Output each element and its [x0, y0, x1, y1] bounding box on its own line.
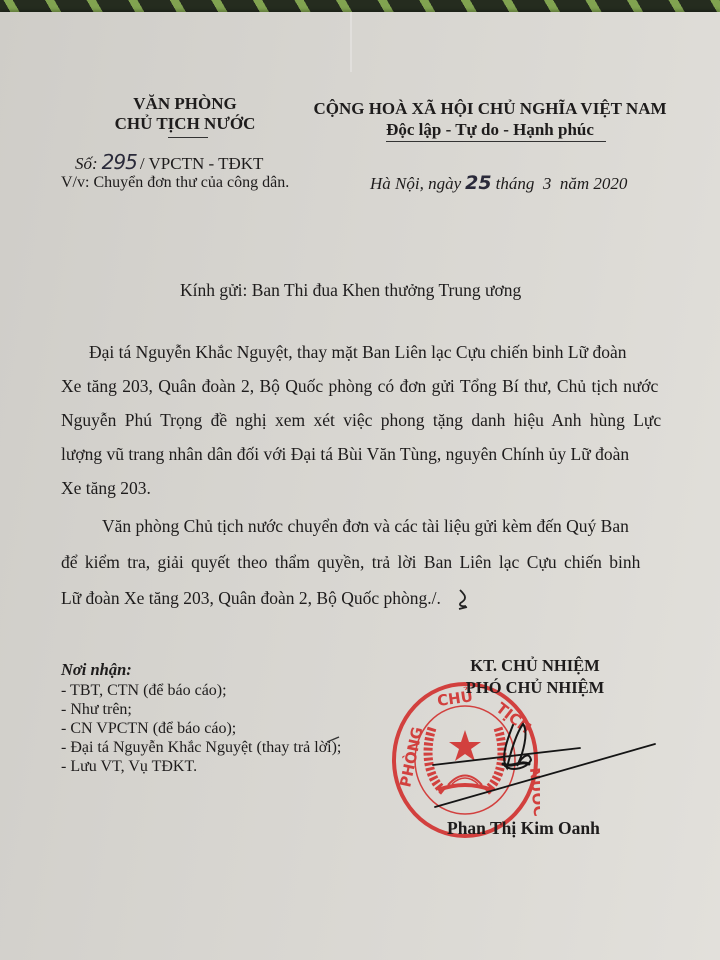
recipients-block: Nơi nhận: - TBT, CTN (để báo cáo); - Như…: [61, 660, 341, 776]
issuer-line1: VĂN PHÒNG: [90, 94, 280, 114]
signature-title-line1: KT. CHỦ NHIỆM: [420, 655, 650, 677]
signature-title-line2: PHÓ CHỦ NHIỆM: [420, 677, 650, 699]
addressee: Kính gửi: Ban Thi đua Khen thưởng Trung …: [180, 280, 521, 301]
signer-name: Phan Thị Kim Oanh: [447, 818, 600, 839]
body-p2-line3: Lữ đoàn Xe tăng 203, Quân đoàn 2, Bộ Quố…: [61, 588, 441, 609]
date-month: 3: [543, 174, 552, 193]
document-number-suffix: / VPCTN - TĐKT: [140, 154, 264, 173]
body-p1-line4: lượng vũ trang nhân dân đối với Đại tá B…: [61, 444, 629, 465]
date-day-handwritten: 25: [465, 172, 491, 194]
body-p1-line1: Đại tá Nguyễn Khắc Nguyệt, thay mặt Ban …: [89, 342, 627, 363]
recipient-item: - Lưu VT, Vụ TĐKT.: [61, 757, 341, 776]
subject-line: V/v: Chuyển đơn thư của công dân.: [61, 174, 289, 192]
body-p2-line1: Văn phòng Chủ tịch nước chuyển đơn và cá…: [102, 516, 629, 537]
date-month-label: tháng: [496, 174, 535, 193]
recipients-title: Nơi nhận:: [61, 660, 341, 679]
body-p1-line5: Xe tăng 203.: [61, 478, 151, 499]
issuer-block: VĂN PHÒNG CHỦ TỊCH NƯỚC: [90, 94, 280, 134]
issuer-underline: [168, 137, 208, 138]
body-p2-line2: để kiểm tra, giải quyết theo thẩm quyền,…: [61, 552, 640, 573]
country-name: CỘNG HOÀ XÃ HỘI CHỦ NGHĨA VIỆT NAM: [300, 98, 680, 120]
date-year-label: năm: [560, 174, 589, 193]
recipient-item: - CN VPCTN (để báo cáo);: [61, 719, 341, 738]
document-number: Số:295/ VPCTN - TĐKT: [75, 150, 263, 174]
body-p1-line3: Nguyễn Phú Trọng đề nghị xem xét việc ph…: [61, 410, 661, 431]
check-mark-icon: [326, 736, 340, 744]
date-line: Hà Nội, ngày25tháng 3 năm 2020: [370, 172, 627, 194]
body-p1-line2: Xe tăng 203, Quân đoàn 2, Bộ Quốc phòng …: [61, 376, 658, 397]
date-prefix: Hà Nội, ngày: [370, 174, 461, 193]
recipient-item: - Như trên;: [61, 700, 341, 719]
handwritten-initial-mark: [456, 588, 470, 610]
signature-title-block: KT. CHỦ NHIỆM PHÓ CHỦ NHIỆM: [420, 655, 650, 699]
recipient-item: - Đại tá Nguyễn Khắc Nguyệt (thay trả lờ…: [61, 738, 341, 757]
recipient-item: - TBT, CTN (để báo cáo);: [61, 681, 341, 700]
document-number-handwritten: 295: [102, 150, 137, 174]
national-motto: Độc lập - Tự do - Hạnh phúc: [300, 119, 680, 141]
handwritten-signature: [405, 720, 665, 830]
document-number-label: Số:: [75, 154, 98, 173]
motto-underline: [386, 141, 606, 142]
paper-crease: [350, 12, 352, 72]
date-year: 2020: [593, 174, 627, 193]
issuer-line2: CHỦ TỊCH NƯỚC: [90, 114, 280, 134]
